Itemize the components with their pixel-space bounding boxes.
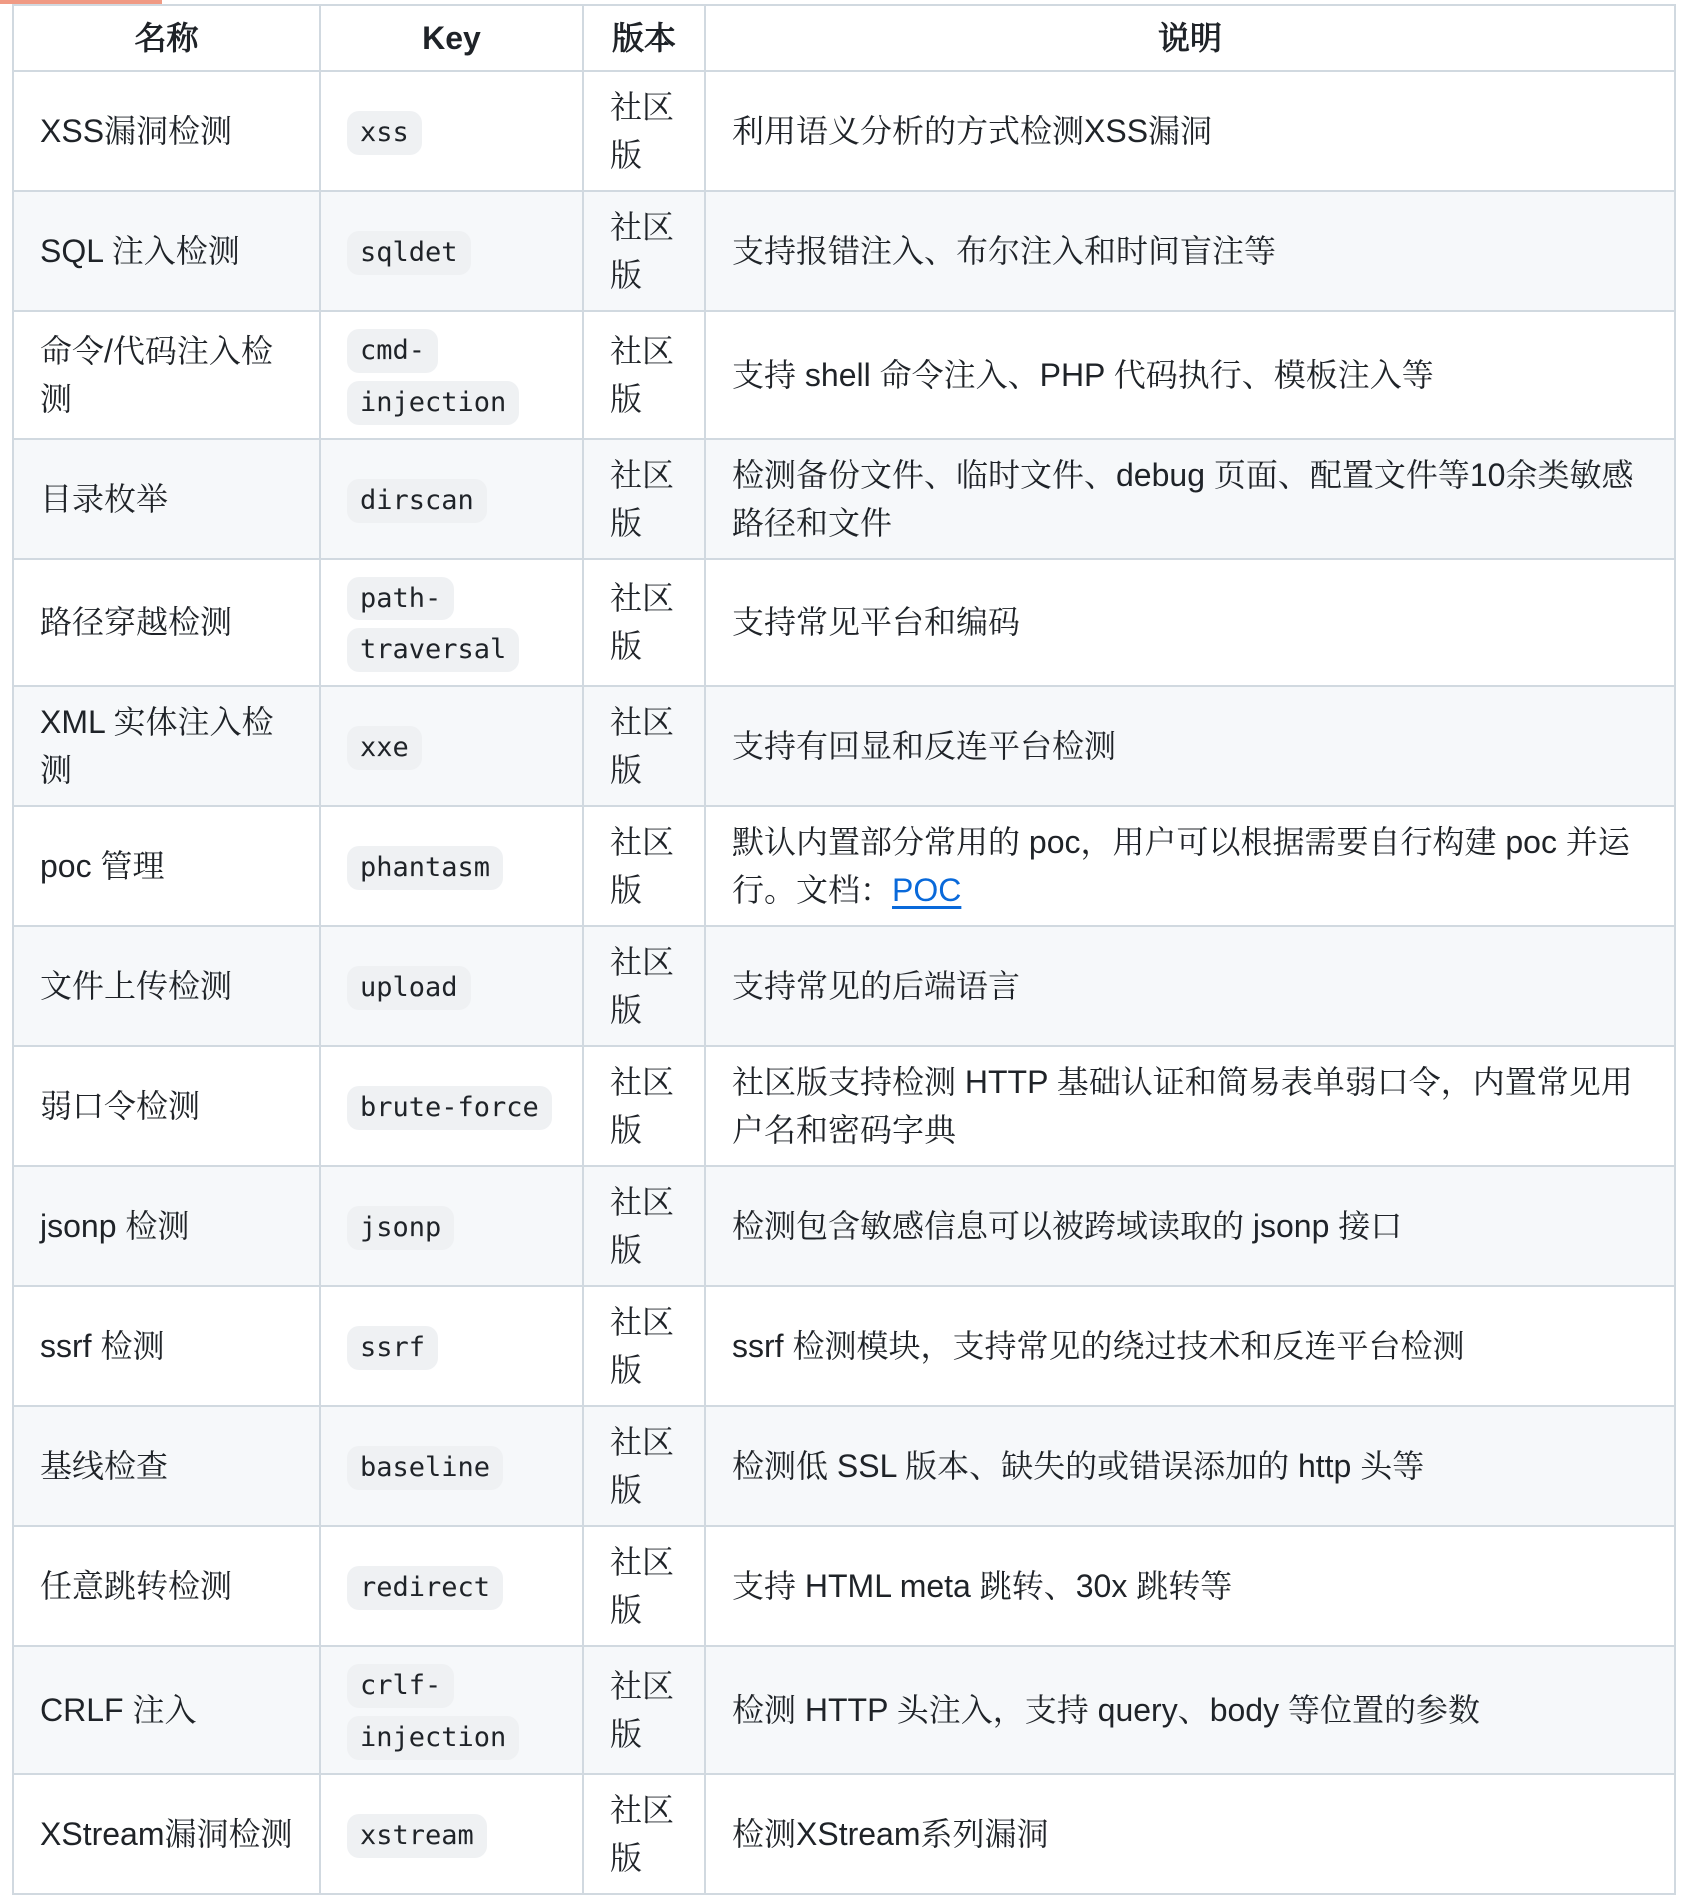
feature-name-cell: 命令/代码注入检测 xyxy=(13,311,320,439)
col-header-version: 版本 xyxy=(583,5,705,71)
feature-description-cell: 支持报错注入、布尔注入和时间盲注等 xyxy=(705,191,1675,311)
feature-description-cell: 检测包含敏感信息可以被跨域读取的 jsonp 接口 xyxy=(705,1166,1675,1286)
table-row: CRLF 注入 crlf-injection 社区版 检测 HTTP 头注入，支… xyxy=(13,1646,1675,1774)
feature-description-cell: 检测XStream系列漏洞 xyxy=(705,1774,1675,1894)
key-code-chip: crlf- xyxy=(347,1664,454,1708)
feature-version-cell: 社区版 xyxy=(583,559,705,687)
table-header: 名称 Key 版本 说明 xyxy=(13,5,1675,71)
col-header-key: Key xyxy=(320,5,583,71)
key-code-chip: ssrf xyxy=(347,1326,438,1370)
key-line: jsonp xyxy=(347,1200,556,1252)
key-line: dirscan xyxy=(347,473,556,525)
col-header-name: 名称 xyxy=(13,5,320,71)
feature-version-cell: 社区版 xyxy=(583,311,705,439)
col-header-description: 说明 xyxy=(705,5,1675,71)
feature-description-cell: 支持有回显和反连平台检测 xyxy=(705,686,1675,806)
feature-key-cell: xstream xyxy=(320,1774,583,1894)
key-code-chip: phantasm xyxy=(347,846,503,890)
table-row: 文件上传检测 upload 社区版 支持常见的后端语言 xyxy=(13,926,1675,1046)
feature-version-cell: 社区版 xyxy=(583,806,705,926)
feature-description-cell: 支持常见平台和编码 xyxy=(705,559,1675,687)
key-code-chip: upload xyxy=(347,966,471,1010)
feature-key-cell: cmd-injection xyxy=(320,311,583,439)
feature-version-cell: 社区版 xyxy=(583,191,705,311)
table-row: poc 管理 phantasm 社区版 默认内置部分常用的 poc，用户可以根据… xyxy=(13,806,1675,926)
key-code-chip: brute-force xyxy=(347,1086,552,1130)
feature-version-cell: 社区版 xyxy=(583,1646,705,1774)
key-code-chip: sqldet xyxy=(347,231,471,275)
feature-name-cell: 文件上传检测 xyxy=(13,926,320,1046)
key-line: upload xyxy=(347,960,556,1012)
key-line: ssrf xyxy=(347,1320,556,1372)
key-line: injection xyxy=(347,1710,556,1762)
key-code-chip: dirscan xyxy=(347,479,487,523)
feature-version-cell: 社区版 xyxy=(583,1774,705,1894)
feature-key-cell: jsonp xyxy=(320,1166,583,1286)
feature-version-cell: 社区版 xyxy=(583,1406,705,1526)
feature-name-cell: 路径穿越检测 xyxy=(13,559,320,687)
table-row: 目录枚举 dirscan 社区版 检测备份文件、临时文件、debug 页面、配置… xyxy=(13,439,1675,559)
feature-name-cell: jsonp 检测 xyxy=(13,1166,320,1286)
feature-version-cell: 社区版 xyxy=(583,926,705,1046)
feature-version-cell: 社区版 xyxy=(583,1526,705,1646)
header-row: 名称 Key 版本 说明 xyxy=(13,5,1675,71)
feature-description-cell: 支持常见的后端语言 xyxy=(705,926,1675,1046)
key-line: xss xyxy=(347,105,556,157)
key-code-chip: injection xyxy=(347,1716,519,1760)
feature-description-cell: 检测低 SSL 版本、缺失的或错误添加的 http 头等 xyxy=(705,1406,1675,1526)
poc-doc-link[interactable]: POC xyxy=(892,872,961,908)
feature-key-cell: baseline xyxy=(320,1406,583,1526)
feature-key-cell: upload xyxy=(320,926,583,1046)
features-table: 名称 Key 版本 说明 XSS漏洞检测 xss 社区版 利用语义分析的方式检测… xyxy=(12,4,1676,1895)
key-code-chip: xxe xyxy=(347,726,422,770)
key-line: baseline xyxy=(347,1440,556,1492)
table-row: XStream漏洞检测 xstream 社区版 检测XStream系列漏洞 xyxy=(13,1774,1675,1894)
table-row: 基线检查 baseline 社区版 检测低 SSL 版本、缺失的或错误添加的 h… xyxy=(13,1406,1675,1526)
key-line: xstream xyxy=(347,1808,556,1860)
feature-name-cell: XSS漏洞检测 xyxy=(13,71,320,191)
table-row: jsonp 检测 jsonp 社区版 检测包含敏感信息可以被跨域读取的 json… xyxy=(13,1166,1675,1286)
feature-description-cell: 默认内置部分常用的 poc，用户可以根据需要自行构建 poc 并运行。文档：PO… xyxy=(705,806,1675,926)
feature-name-cell: ssrf 检测 xyxy=(13,1286,320,1406)
feature-description-cell: 检测备份文件、临时文件、debug 页面、配置文件等10余类敏感路径和文件 xyxy=(705,439,1675,559)
feature-version-cell: 社区版 xyxy=(583,1166,705,1286)
feature-key-cell: dirscan xyxy=(320,439,583,559)
key-line: traversal xyxy=(347,622,556,674)
scroll-progress-bar xyxy=(0,0,162,4)
feature-key-cell: crlf-injection xyxy=(320,1646,583,1774)
feature-key-cell: redirect xyxy=(320,1526,583,1646)
key-line: phantasm xyxy=(347,840,556,892)
feature-name-cell: poc 管理 xyxy=(13,806,320,926)
key-code-chip: injection xyxy=(347,381,519,425)
feature-version-cell: 社区版 xyxy=(583,686,705,806)
table-row: XSS漏洞检测 xss 社区版 利用语义分析的方式检测XSS漏洞 xyxy=(13,71,1675,191)
key-line: redirect xyxy=(347,1560,556,1612)
feature-key-cell: xxe xyxy=(320,686,583,806)
feature-version-cell: 社区版 xyxy=(583,1046,705,1166)
feature-name-cell: 基线检查 xyxy=(13,1406,320,1526)
feature-name-cell: SQL 注入检测 xyxy=(13,191,320,311)
feature-key-cell: xss xyxy=(320,71,583,191)
table-row: ssrf 检测 ssrf 社区版 ssrf 检测模块，支持常见的绕过技术和反连平… xyxy=(13,1286,1675,1406)
table-body: XSS漏洞检测 xss 社区版 利用语义分析的方式检测XSS漏洞 SQL 注入检… xyxy=(13,71,1675,1894)
table-row: 弱口令检测 brute-force 社区版 社区版支持检测 HTTP 基础认证和… xyxy=(13,1046,1675,1166)
feature-version-cell: 社区版 xyxy=(583,439,705,559)
feature-description-cell: 支持 shell 命令注入、PHP 代码执行、模板注入等 xyxy=(705,311,1675,439)
table-row: 命令/代码注入检测 cmd-injection 社区版 支持 shell 命令注… xyxy=(13,311,1675,439)
feature-key-cell: phantasm xyxy=(320,806,583,926)
key-code-chip: baseline xyxy=(347,1446,503,1490)
feature-description-cell: 检测 HTTP 头注入，支持 query、body 等位置的参数 xyxy=(705,1646,1675,1774)
feature-description-cell: 社区版支持检测 HTTP 基础认证和简易表单弱口令，内置常见用户名和密码字典 xyxy=(705,1046,1675,1166)
table-row: 任意跳转检测 redirect 社区版 支持 HTML meta 跳转、30x … xyxy=(13,1526,1675,1646)
key-code-chip: xss xyxy=(347,111,422,155)
key-code-chip: jsonp xyxy=(347,1206,454,1250)
key-line: cmd- xyxy=(347,323,556,375)
feature-name-cell: 弱口令检测 xyxy=(13,1046,320,1166)
key-line: crlf- xyxy=(347,1658,556,1710)
feature-version-cell: 社区版 xyxy=(583,71,705,191)
key-line: path- xyxy=(347,571,556,623)
key-code-chip: cmd- xyxy=(347,329,438,373)
feature-description-cell: ssrf 检测模块，支持常见的绕过技术和反连平台检测 xyxy=(705,1286,1675,1406)
feature-key-cell: ssrf xyxy=(320,1286,583,1406)
feature-name-cell: 目录枚举 xyxy=(13,439,320,559)
key-line: brute-force xyxy=(347,1080,556,1132)
feature-name-cell: CRLF 注入 xyxy=(13,1646,320,1774)
feature-name-cell: XStream漏洞检测 xyxy=(13,1774,320,1894)
feature-key-cell: brute-force xyxy=(320,1046,583,1166)
feature-description-cell: 支持 HTML meta 跳转、30x 跳转等 xyxy=(705,1526,1675,1646)
key-line: injection xyxy=(347,375,556,427)
feature-key-cell: path-traversal xyxy=(320,559,583,687)
key-line: xxe xyxy=(347,720,556,772)
key-code-chip: traversal xyxy=(347,628,519,672)
feature-name-cell: 任意跳转检测 xyxy=(13,1526,320,1646)
key-code-chip: path- xyxy=(347,577,454,621)
feature-key-cell: sqldet xyxy=(320,191,583,311)
table-row: 路径穿越检测 path-traversal 社区版 支持常见平台和编码 xyxy=(13,559,1675,687)
feature-version-cell: 社区版 xyxy=(583,1286,705,1406)
key-code-chip: xstream xyxy=(347,1814,487,1858)
key-line: sqldet xyxy=(347,225,556,277)
table-row: SQL 注入检测 sqldet 社区版 支持报错注入、布尔注入和时间盲注等 xyxy=(13,191,1675,311)
feature-description-cell: 利用语义分析的方式检测XSS漏洞 xyxy=(705,71,1675,191)
key-code-chip: redirect xyxy=(347,1566,503,1610)
feature-name-cell: XML 实体注入检测 xyxy=(13,686,320,806)
table-row: XML 实体注入检测 xxe 社区版 支持有回显和反连平台检测 xyxy=(13,686,1675,806)
